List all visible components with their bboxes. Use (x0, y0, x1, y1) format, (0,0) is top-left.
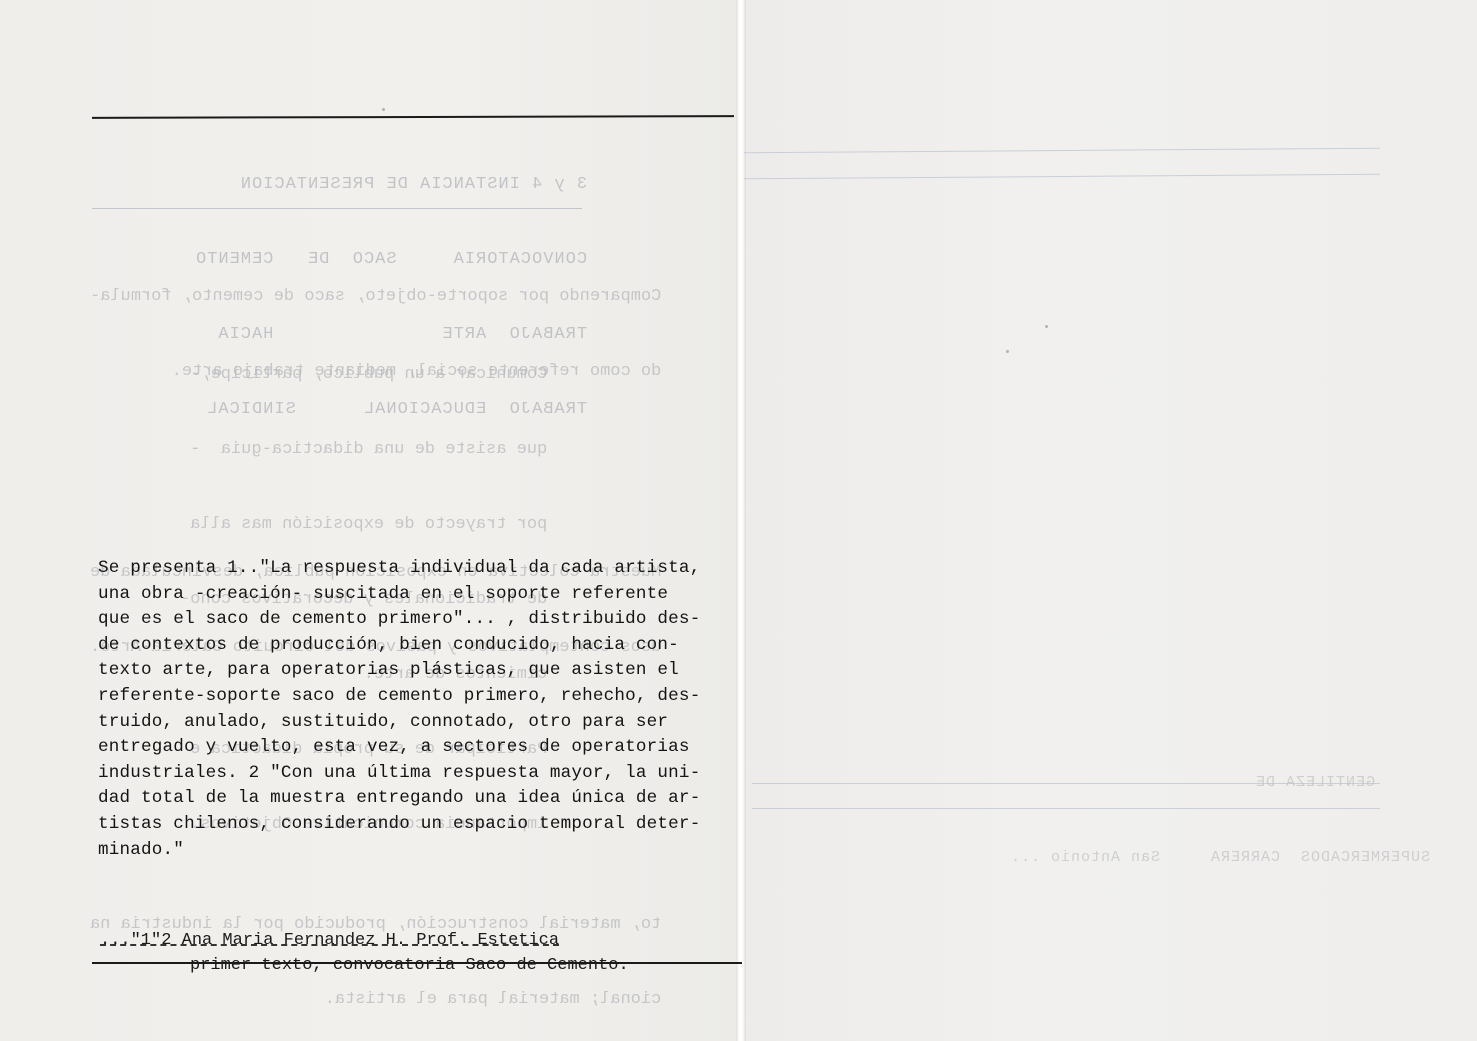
text-line: Se presenta 1.."La respuesta individual … (98, 556, 738, 582)
text-line: de contextos de producción, bien conduci… (98, 633, 738, 659)
ghost-line: que asiste de una didactica-guia - (180, 437, 547, 462)
text-line: truido, anulado, sustituido, connotado, … (98, 710, 738, 736)
text-line: entregado y vuelto, esta vez, a sectores… (98, 735, 738, 761)
text-line: industriales. 2 "Con una última respuest… (98, 761, 738, 787)
paper-speck (1045, 325, 1048, 328)
attribution-subcaption: primer texto, convocatoria Saco de Cemen… (190, 955, 629, 977)
page-fold (736, 0, 746, 1041)
ghost-line: Comparendo por soporte-objeto, saco de c… (90, 284, 661, 309)
text-line: texto arte, para operatorias plásticas, … (98, 658, 738, 684)
text-line: que es el saco de cemento primero"... , … (98, 607, 738, 633)
text-line: una obra -creación- suscitada en el sopo… (98, 582, 738, 608)
text-line: dad total de la muestra entregando una i… (98, 786, 738, 812)
attribution-caption: ..."1"2 Ana Maria Fernandez H. Prof. Est… (100, 930, 559, 952)
text-line: minado." (98, 838, 738, 864)
ghost-line: Comunicar a un publico, participe,- (180, 362, 547, 387)
text-line: tistas chilenos, considerando un espacio… (98, 812, 738, 838)
show-through-right: GENTILEZA DE SUPERMERCADOS CARRERA San A… (1010, 720, 1430, 895)
main-typed-text: Se presenta 1.."La respuesta individual … (98, 556, 738, 863)
ghost-line: SUPERMERCADOS CARRERA San Antonio ... (1010, 845, 1430, 870)
ghost-line: 3 y 4 INSTANCIA DE PRESENTACION (195, 172, 587, 197)
paper-speck (1006, 350, 1009, 353)
ghost-line: cional; material para el artista. (90, 987, 661, 1012)
text-line: referente-soporte saco de cemento primer… (98, 684, 738, 710)
ghost-line: GENTILEZA DE (1010, 770, 1430, 795)
paper-speck (382, 108, 385, 111)
